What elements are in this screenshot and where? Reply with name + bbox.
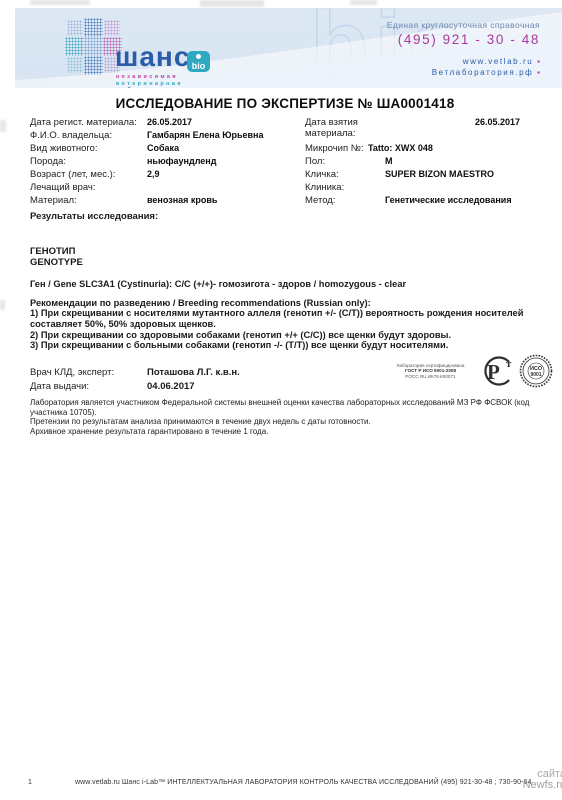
page-number: 1 <box>28 779 32 786</box>
disclaimer-notes: Лаборатория является участником Федераль… <box>30 398 540 436</box>
note-archive: Архивное хранение результата гарантирова… <box>30 427 540 437</box>
field-row: Материал: венозная кровь Метод: Генетиче… <box>30 195 540 208</box>
field-value: 26.05.2017 <box>475 117 540 127</box>
field-label: Дата регист. материала: <box>30 117 147 128</box>
field-label: Материал: <box>30 195 147 206</box>
cert-line-3: РОСС RU.ИК76.К00071 <box>383 374 478 380</box>
field-label: Ф.И.О. владельца: <box>30 130 147 141</box>
field-value: Tatto: XWX 048 <box>368 143 540 153</box>
field-value: Гамбарян Елена Юрьевна <box>147 130 305 140</box>
doctor-label: Врач КЛД, эксперт: <box>30 367 147 378</box>
certification-text: Лаборатория сертифицирована ГОСТ Р ИСО 9… <box>383 363 478 380</box>
genotype-heading: ГЕНОТИП GENOTYPE <box>30 246 540 268</box>
iso-9001-seal-icon: ИСО 9001 <box>518 352 554 390</box>
recommendations-heading: Рекомендации по разведению / Breeding re… <box>30 298 540 308</box>
field-label: Метод: <box>305 195 385 206</box>
genotype-heading-en: GENOTYPE <box>30 257 540 268</box>
field-value: Генетические исследования <box>385 195 540 205</box>
field-value: M <box>385 156 540 166</box>
svg-text:Р: Р <box>487 360 500 384</box>
recommendation-item: 1) При скрещивании с носителями мутантно… <box>30 308 540 330</box>
field-value: 2,9 <box>147 169 305 179</box>
field-value: Собака <box>147 143 305 153</box>
certification-block: Лаборатория сертифицирована ГОСТ Р ИСО 9… <box>383 352 554 390</box>
field-row: Возраст (лет, мес.): 2,9 Кличка: SUPER B… <box>30 169 540 182</box>
recommendation-item: 3) При скрещивании с больными собаками (… <box>30 340 540 351</box>
field-value: венозная кровь <box>147 195 305 205</box>
genotype-heading-ru: ГЕНОТИП <box>30 246 540 257</box>
field-value: 26.05.2017 <box>147 117 305 127</box>
lab-report-page: bio шанс bio независимая ветеринарная ла… <box>0 0 562 800</box>
gene-result-line: Ген / Gene SLC3A1 (Cystinuria): C/C (+/+… <box>30 279 540 289</box>
svg-text:9001: 9001 <box>530 372 541 378</box>
page-title: ИССЛЕДОВАНИЕ ПО ЭКСПЕРТИЗЕ № ША0001418 <box>30 96 540 111</box>
field-label: Дата взятия материала: <box>305 117 385 139</box>
recommendation-item: 2) При скрещивании со здоровыми собаками… <box>30 330 540 341</box>
field-label: Вид животного: <box>30 143 147 154</box>
field-label: Возраст (лет, мес.): <box>30 169 147 180</box>
note-fsvok: Лаборатория является участником Федераль… <box>30 398 540 417</box>
field-label: Пол: <box>305 156 385 167</box>
footer-text: www.vetlab.ru Шанс i-Lab™ ИНТЕЛЛЕКТУАЛЬН… <box>75 779 545 786</box>
svg-text:т: т <box>506 358 512 370</box>
field-row: Ф.И.О. владельца: Гамбарян Елена Юрьевна <box>30 130 540 143</box>
field-value: SUPER BIZON MAESTRO <box>385 169 540 179</box>
issue-date-label: Дата выдачи: <box>30 381 147 392</box>
field-label: Кличка: <box>305 169 385 180</box>
field-row: Порода: ньюфаундленд Пол: M <box>30 156 540 169</box>
note-claims: Претензии по результатам анализа принима… <box>30 417 540 427</box>
fields-table: Дата регист. материала: 26.05.2017 Дата … <box>30 117 540 224</box>
field-row: Вид животного: Собака Микрочип №: Tatto:… <box>30 143 540 156</box>
field-row: Лечащий врач: Клиника: <box>30 182 540 195</box>
field-row: Дата регист. материала: 26.05.2017 Дата … <box>30 117 540 130</box>
site-watermark: с сайта Newfs.ru <box>523 758 562 791</box>
field-value: ньюфаундленд <box>147 156 305 166</box>
field-label: Клиника: <box>305 182 385 193</box>
field-label: Лечащий врач: <box>30 182 147 193</box>
results-section-label: Результаты исследования: <box>30 211 540 224</box>
rst-certification-mark-icon: Р т <box>481 352 515 390</box>
watermark-line: Newfs.ru <box>523 780 562 791</box>
field-label: Порода: <box>30 156 147 167</box>
